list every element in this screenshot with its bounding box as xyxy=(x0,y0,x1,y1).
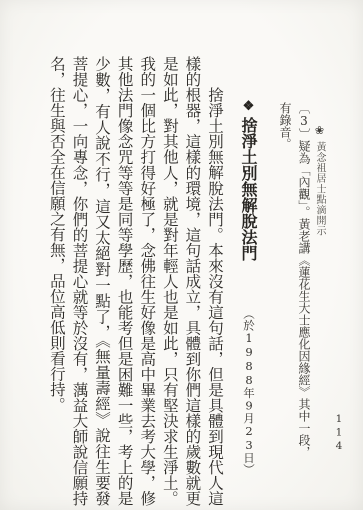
section-title-text: 捨淨土別無解脫法門 xyxy=(239,117,258,261)
page-number: 114 xyxy=(333,413,345,454)
footnote-marker: 〔3〕 xyxy=(297,102,311,140)
body-paragraph: 捨淨土別無解脫法門。本來沒有這句話，但是具體到現代人這樣的根器，這樣的環境，這句… xyxy=(44,56,226,506)
flower-ornament-icon: ❀ xyxy=(313,124,326,138)
diamond-marker-icon: ❖ xyxy=(241,99,256,114)
book-page: 捨淨土別無解脫法門。本來沒有這句話，但是具體到現代人這樣的根器，這樣的環境，這句… xyxy=(0,0,363,510)
footnote-text: 疑為「內觀」。黃老講《蓮花生大士應化因緣經》其中一段，有錄音。 xyxy=(278,102,311,458)
section-date: （於1988年9月23日） xyxy=(242,308,256,498)
running-header: ❀黃念祖居士點滴開示 xyxy=(313,124,325,236)
running-header-title: 黃念祖居士點滴開示 xyxy=(314,142,325,237)
footnote: 〔3〕疑為「內觀」。黃老講《蓮花生大士應化因緣經》其中一段，有錄音。 xyxy=(275,102,313,462)
